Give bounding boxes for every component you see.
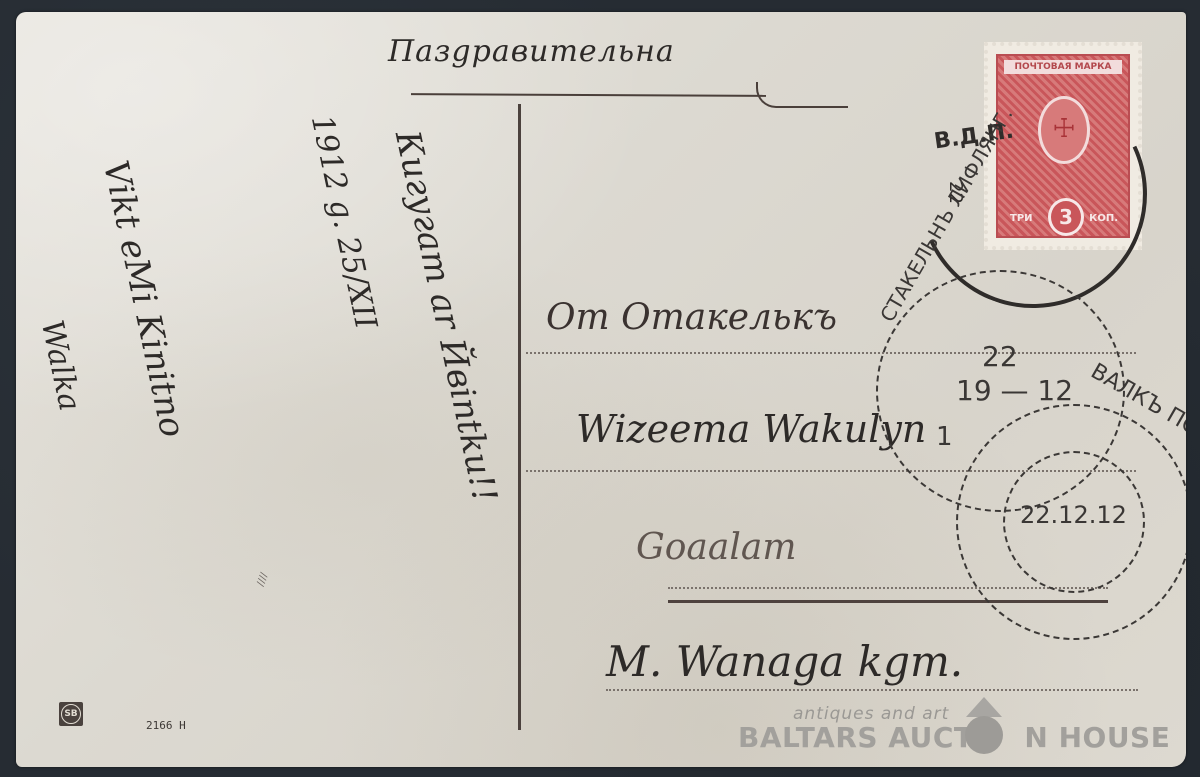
- address-line-sender: От Отакелькъ: [546, 297, 837, 338]
- address-line-place: Goaalam: [636, 527, 796, 568]
- heading-underline: [411, 93, 766, 97]
- postmark-2-date: 22.12.12: [1020, 501, 1127, 529]
- address-dotted-line: [606, 689, 1138, 691]
- hash-mark: ////: [255, 571, 270, 587]
- message-line-4: Walka: [34, 317, 87, 414]
- publisher-logo: SB: [59, 702, 83, 726]
- address-line-recipient: Wizeema Wakulyn: [576, 407, 926, 451]
- postcard: Пaзgpaвитeльнa От Отакелькъ Wizeema Waku…: [16, 12, 1186, 767]
- postmark-1-day: 22: [982, 340, 1018, 373]
- heading-handwriting: Пaзgpaвитeльнa: [388, 34, 675, 69]
- heading-flourish: [756, 82, 848, 108]
- postmark-1-extra: 1: [936, 422, 953, 452]
- message-line-3: Vikt eMi Kinitno: [95, 157, 193, 441]
- publisher-logo-text: SB: [61, 704, 81, 724]
- message-line-1: Кигугат ar Йвintku!!: [387, 127, 505, 506]
- watermark-name: BALTARS AUCTIN HOUSE: [738, 721, 1170, 754]
- address-line-town: M. Wanaga kgm.: [606, 637, 963, 686]
- message-line-2: 1912 g. 25/XII: [304, 112, 383, 332]
- postmark-1-date: 19 — 12: [956, 374, 1073, 407]
- watermark-name-left: BALTARS AUCTI: [738, 721, 984, 754]
- stamp-top-text: ПОЧТОВАЯ МАРКА: [1004, 60, 1122, 74]
- watermark-logo-circle: [965, 716, 1003, 754]
- watermark-name-right: N HOUSE: [1024, 721, 1170, 754]
- crown-icon: [966, 697, 1002, 717]
- postmark-valk: ВАЛКЪ ПОЧТ. ОТД. 22.12.12: [956, 404, 1186, 640]
- center-divider: [518, 104, 521, 730]
- card-number: 2166 H: [146, 719, 186, 732]
